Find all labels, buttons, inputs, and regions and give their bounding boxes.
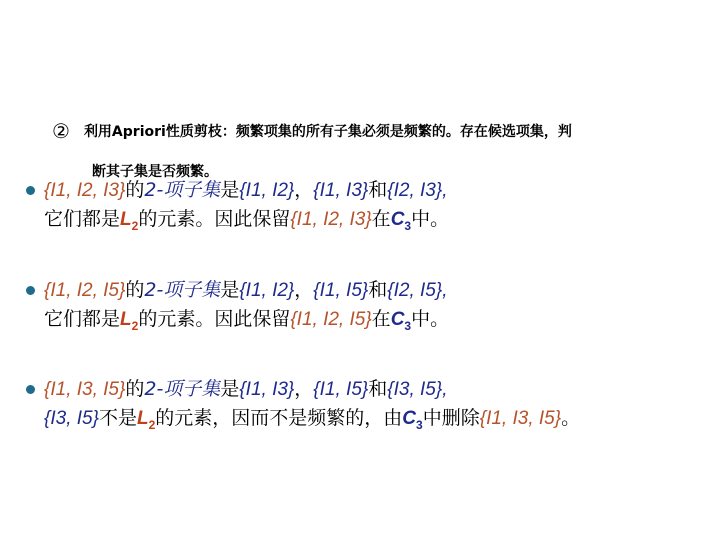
subset: {I3, I5} xyxy=(387,379,442,400)
bullet-line2: 它们都是L2的元素。因此保留{I1, I2, I5}在C3中。 xyxy=(44,305,449,340)
step-number: ② xyxy=(52,119,70,143)
subset: {I1, I3} xyxy=(239,379,294,400)
bullet-line2: 它们都是L2的元素。因此保留{I1, I2, I3}在C3中。 xyxy=(44,205,449,240)
subsets-label: 2-项子集 xyxy=(144,179,220,201)
bullet-dot-icon xyxy=(26,186,35,195)
L2-symbol: L2 xyxy=(137,408,155,429)
kept-itemset: {I1, I2, I3} xyxy=(290,209,371,230)
infrequent-subset: {I3, I5} xyxy=(44,408,99,429)
L2-symbol: L2 xyxy=(120,209,138,230)
kept-itemset: {I1, I2, I5} xyxy=(290,309,371,330)
subsets-label: 2-项子集 xyxy=(144,378,220,400)
bullet-line2: {I3, I5}不是L2的元素，因而不是频繁的，由C3中删除{I1, I3, I… xyxy=(44,404,580,439)
candidate-itemset: {I1, I2, I5} xyxy=(44,280,125,301)
subset: {I1, I5} xyxy=(313,280,368,301)
deleted-itemset: {I1, I3, I5} xyxy=(480,408,561,429)
C3-symbol: C3 xyxy=(391,209,411,230)
C3-symbol: C3 xyxy=(391,309,411,330)
subset: {I2, I3} xyxy=(387,180,442,201)
subsets-label: 2-项子集 xyxy=(144,279,220,301)
subset: {I1, I2} xyxy=(239,180,294,201)
heading-line1: 利用Apriori性质剪枝：频繁项集的所有子集必须是频繁的。存在候选项集，判 xyxy=(84,124,572,140)
candidate-itemset: {I1, I2, I3} xyxy=(44,180,125,201)
bullet-line1: {I1, I2, I3}的2-项子集是{I1, I2}，{I1, I3}和{I2… xyxy=(44,176,449,205)
C3-symbol: C3 xyxy=(402,408,422,429)
bullet-line1: {I1, I3, I5}的2-项子集是{I1, I3}，{I1, I5}和{I3… xyxy=(44,375,580,404)
L2-symbol: L2 xyxy=(120,309,138,330)
subset: {I1, I2} xyxy=(239,280,294,301)
subset: {I2, I5} xyxy=(387,280,442,301)
candidate-itemset: {I1, I3, I5} xyxy=(44,379,125,400)
bullet-line1: {I1, I2, I5}的2-项子集是{I1, I2}，{I1, I5}和{I2… xyxy=(44,276,449,305)
subset: {I1, I5} xyxy=(313,379,368,400)
subset: {I1, I3} xyxy=(313,180,368,201)
bullet-dot-icon xyxy=(26,385,35,394)
bullet-dot-icon xyxy=(26,286,35,295)
